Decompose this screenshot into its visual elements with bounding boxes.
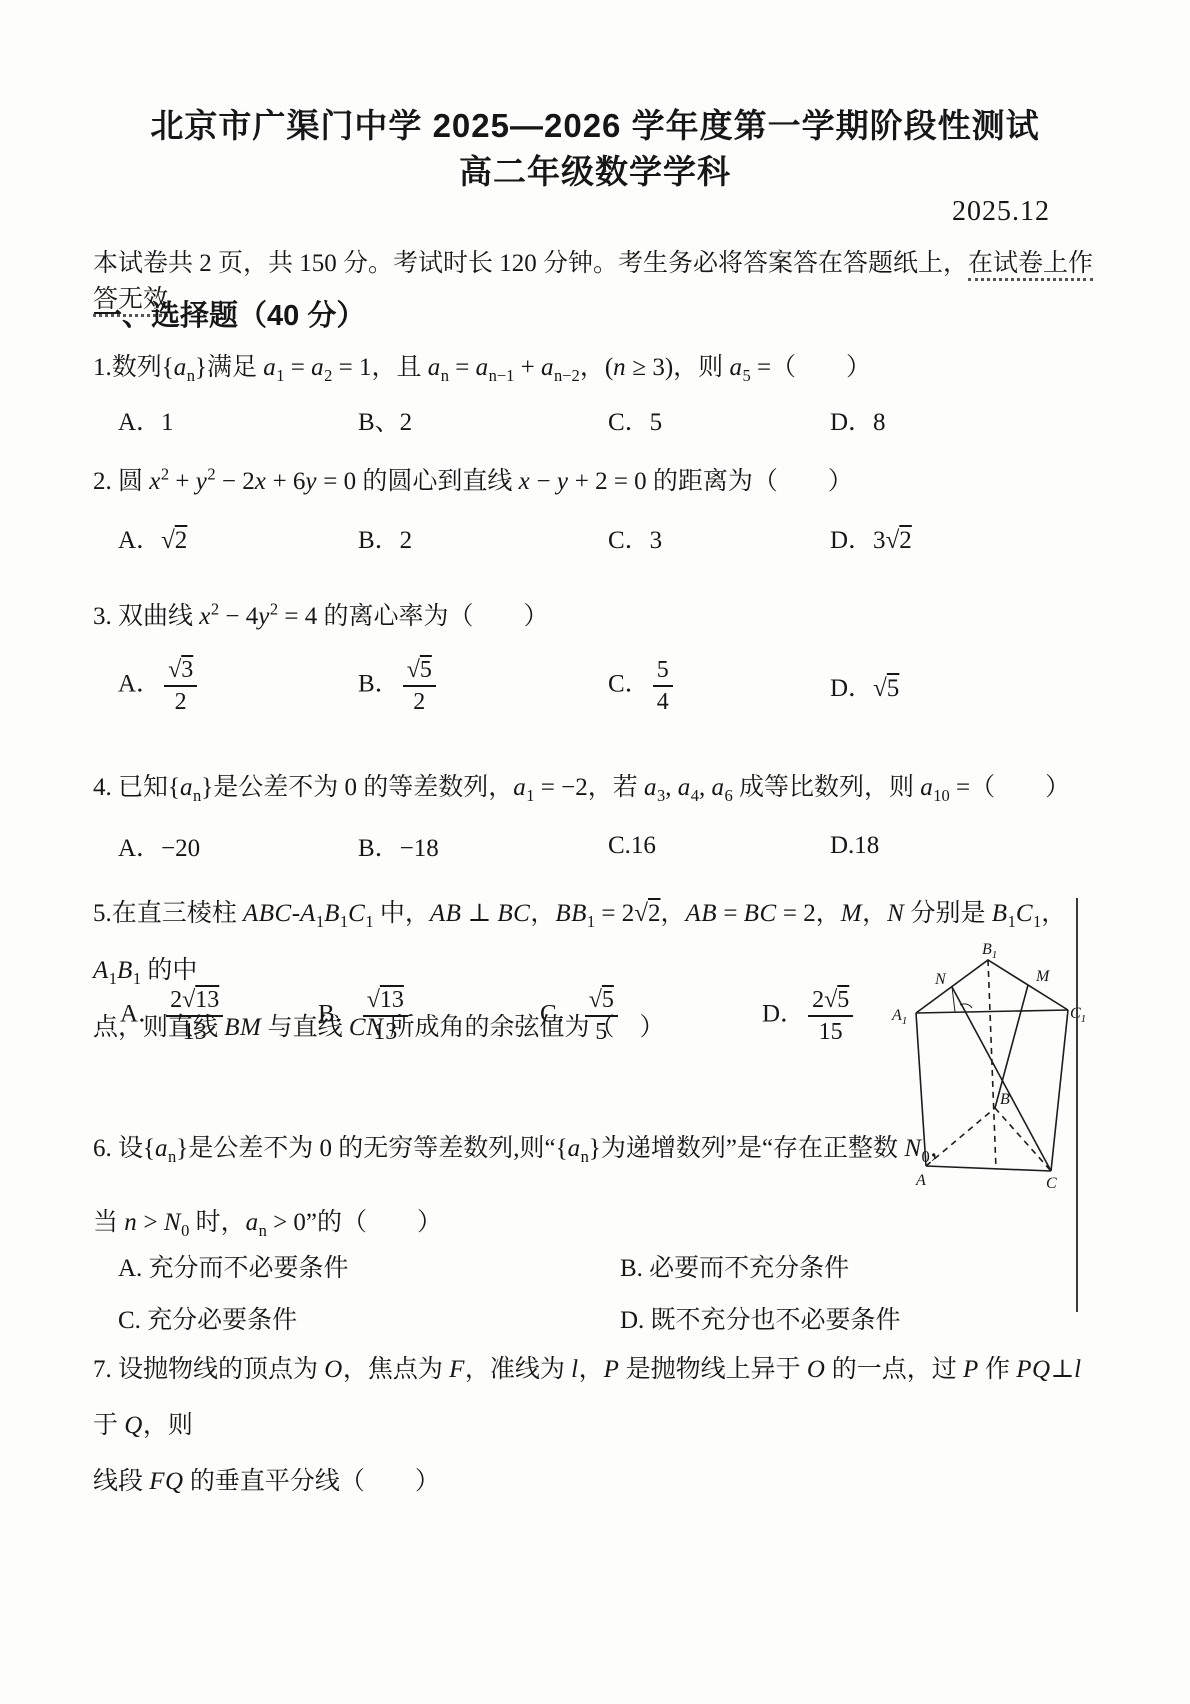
option-a: A. 充分而不必要条件 bbox=[118, 1248, 620, 1284]
question-3-stem: 3. 双曲线 x2 − 4y2 = 4 的离心率为（ ） bbox=[93, 596, 1093, 632]
option-d: D．3√2 bbox=[830, 520, 1118, 556]
question-6-options: A. 充分而不必要条件 B. 必要而不充分条件 C. 充分必要条件 D. 既不充… bbox=[93, 1248, 1118, 1336]
option-a: A．1 bbox=[118, 402, 358, 438]
question-6-stem: 6. 设{an}是公差不为 0 的无穷等差数列,则“{an}为递增数列”是“存在… bbox=[93, 1112, 1093, 1260]
option-b: B．√1313 bbox=[318, 985, 540, 1047]
option-c: C．3 bbox=[608, 520, 830, 556]
question-3-options: A．√32 B．√52 C．54 D．√5 bbox=[93, 655, 1118, 717]
figure-label-b: B bbox=[1000, 1091, 1010, 1108]
question-2-stem: 2. 圆 x2 + y2 − 2x + 6y = 0 的圆心到直线 x − y … bbox=[93, 461, 1093, 497]
option-a: A．2√1313 bbox=[120, 985, 318, 1047]
question-4-stem: 4. 已知{an}是公差不为 0 的等差数列，a1 = −2，若 a3, a4,… bbox=[93, 767, 1093, 803]
option-c: C. 充分必要条件 bbox=[118, 1300, 620, 1336]
exam-title-line2: 高二年级数学学科 bbox=[0, 146, 1190, 193]
option-b: B．−18 bbox=[358, 828, 608, 864]
option-d: D．√5 bbox=[830, 668, 1118, 704]
option-b: B．2 bbox=[358, 520, 608, 556]
question-1-options: A．1 B、2 C．5 D．8 bbox=[93, 402, 1118, 438]
figure-label-b1: B1 bbox=[982, 941, 997, 961]
option-d: D．8 bbox=[830, 402, 1118, 438]
question-7-stem: 7. 设抛物线的顶点为 O，焦点为 F，准线为 l，P 是抛物线上异于 O 的一… bbox=[93, 1342, 1093, 1510]
page-edge-artifact bbox=[1076, 898, 1078, 1312]
option-c: C．54 bbox=[608, 655, 830, 717]
option-b: B. 必要而不充分条件 bbox=[620, 1248, 1118, 1284]
exam-title-line1: 北京市广渠门中学 2025—2026 学年度第一学期阶段性测试 bbox=[0, 100, 1190, 147]
option-b: B、2 bbox=[358, 402, 608, 438]
question-1-stem: 1.数列{an}满足 a1 = a2 = 1，且 an = an−1 + an−… bbox=[93, 347, 1093, 383]
section-heading: 一、选择题（40 分） bbox=[93, 293, 365, 334]
figure-label-c1: C1 bbox=[1070, 1005, 1086, 1025]
exam-date: 2025.12 bbox=[952, 196, 1050, 228]
option-c: C．√55 bbox=[540, 985, 762, 1047]
option-d: D.18 bbox=[830, 832, 1118, 860]
question-2-options: A．√2 B．2 C．3 D．3√2 bbox=[93, 520, 1118, 556]
option-a: A．√32 bbox=[118, 655, 358, 717]
option-a: A．−20 bbox=[118, 828, 358, 864]
figure-label-a1: A1 bbox=[891, 1007, 907, 1027]
option-a: A．√2 bbox=[118, 520, 358, 556]
figure-label-m: M bbox=[1035, 968, 1051, 985]
exam-paper-page: 北京市广渠门中学 2025—2026 学年度第一学期阶段性测试 高二年级数学学科… bbox=[0, 0, 1190, 1704]
option-c: C.16 bbox=[608, 832, 830, 860]
question-4-options: A．−20 B．−18 C.16 D.18 bbox=[93, 828, 1118, 864]
figure-label-n: N bbox=[934, 971, 947, 988]
option-d: D. 既不充分也不必要条件 bbox=[620, 1300, 1118, 1336]
option-c: C．5 bbox=[608, 402, 830, 438]
option-b: B．√52 bbox=[358, 655, 608, 717]
